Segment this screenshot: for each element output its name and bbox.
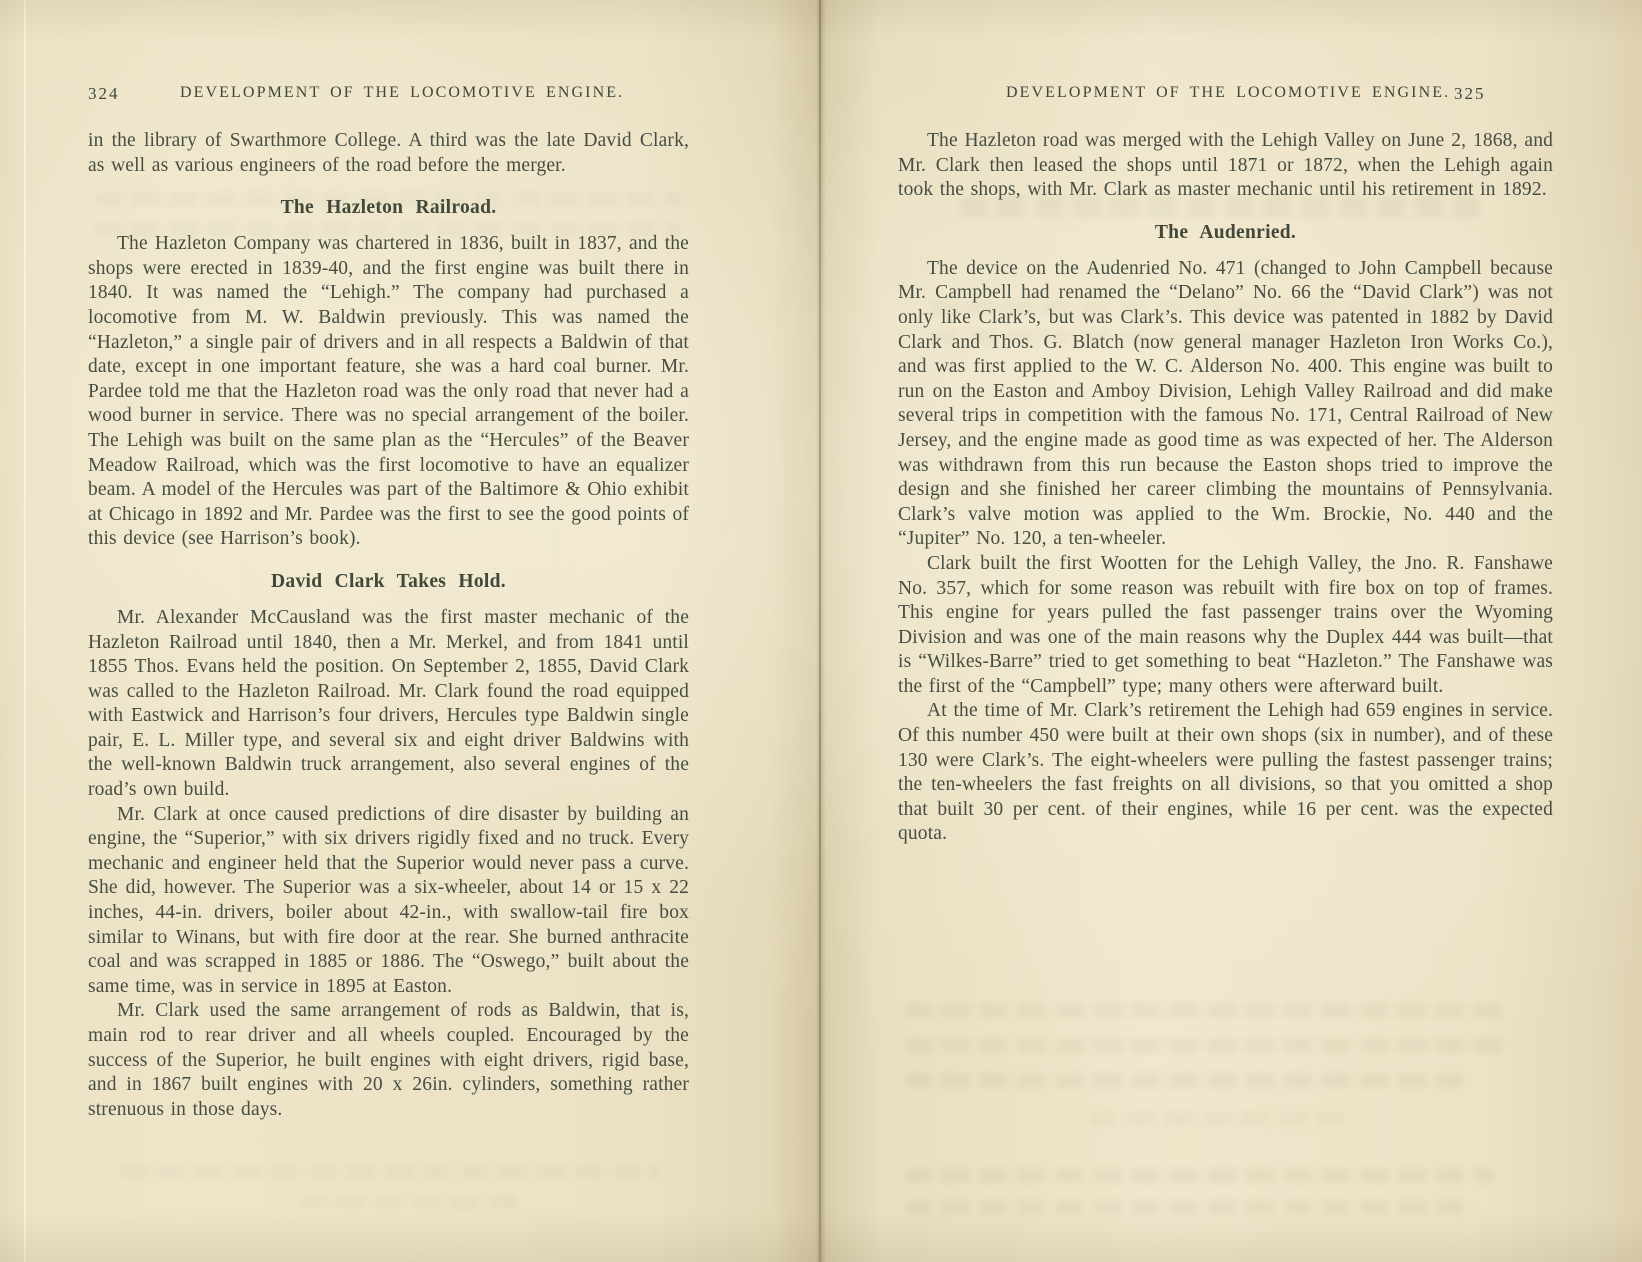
body-paragraph: in the library of Swarthmore College. A … [88,129,689,178]
body-paragraph: At the time of Mr. Clark’s retirement th… [898,699,1553,847]
page-header-right: DEVELOPMENT OF THE LOCOMOTIVE ENGINE. 32… [898,84,1553,110]
body-paragraph: The Hazleton road was merged with the Le… [898,129,1553,203]
show-through-ghost [905,1073,1465,1088]
body-paragraph: The device on the Audenried No. 471 (cha… [898,257,1553,552]
show-through-ghost [905,1168,1495,1183]
body-paragraph: Mr. Alexander McCausland was the first m… [88,606,689,803]
page-edge [24,0,26,1262]
book-spread: 324 DEVELOPMENT OF THE LOCOMOTIVE ENGINE… [0,0,1642,1262]
page-number: 325 [1454,84,1486,104]
running-head: DEVELOPMENT OF THE LOCOMOTIVE ENGINE. [180,84,624,102]
page-left: 324 DEVELOPMENT OF THE LOCOMOTIVE ENGINE… [88,84,689,1122]
running-head: DEVELOPMENT OF THE LOCOMOTIVE ENGINE. [1006,84,1450,102]
page-right: DEVELOPMENT OF THE LOCOMOTIVE ENGINE. 32… [898,84,1553,847]
show-through-ghost [1090,1112,1350,1126]
gutter-line [819,0,821,1262]
show-through-ghost [905,1003,1505,1018]
body-paragraph: Mr. Clark used the same arrangement of r… [88,999,689,1122]
section-heading-audenried: The Audenried. [898,220,1553,245]
page-body-right: The Hazleton road was merged with the Le… [898,129,1553,847]
show-through-ghost [120,1165,660,1179]
body-paragraph: Mr. Clark at once caused predictions of … [88,803,689,1000]
body-paragraph: Clark built the first Wootten for the Le… [898,552,1553,700]
body-paragraph: The Hazleton Company was chartered in 18… [88,232,689,552]
page-header-left: 324 DEVELOPMENT OF THE LOCOMOTIVE ENGINE… [88,84,689,110]
show-through-ghost [905,1200,1475,1215]
section-heading-david-clark-takes-hold: David Clark Takes Hold. [88,569,689,594]
show-through-ghost [905,1038,1505,1053]
page-body-left: in the library of Swarthmore College. A … [88,129,689,1122]
page-number: 324 [88,84,120,104]
show-through-ghost [300,1196,520,1209]
section-heading-hazleton-railroad: The Hazleton Railroad. [88,195,689,220]
